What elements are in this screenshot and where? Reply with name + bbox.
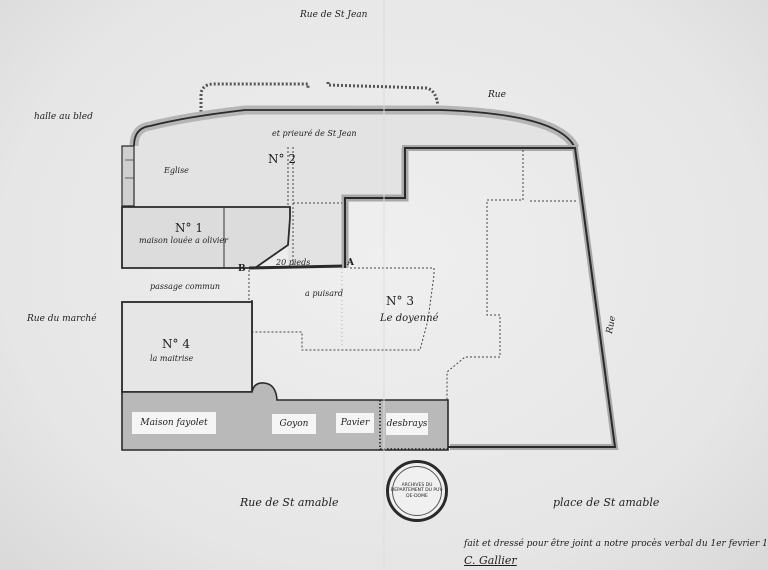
puisard-label: a puisard bbox=[305, 290, 343, 298]
arcade-outline-right bbox=[328, 82, 438, 108]
parcel-number-3: N° 3 bbox=[386, 295, 414, 307]
street-label-top-right: Rue bbox=[488, 91, 506, 100]
parcel-3-desc: Le doyenné bbox=[380, 314, 439, 324]
passage-label: passage commun bbox=[150, 283, 220, 291]
distance-label: 20 pieds bbox=[276, 259, 310, 267]
house-card-goyon: Goyon bbox=[272, 414, 316, 434]
parcel-1-desc: maison louée a olivier bbox=[139, 237, 228, 245]
street-label-marche: Rue du marché bbox=[27, 315, 97, 324]
archive-stamp: ARCHIVES DU DEPARTEMENT DU PUY-DE-DOME bbox=[386, 460, 448, 522]
street-label-halle: halle au bled bbox=[34, 113, 93, 122]
signature: C. Gallier bbox=[464, 555, 517, 566]
street-label-bottom: Rue de St amable bbox=[240, 497, 339, 508]
place-label-bottom-right: place de St amable bbox=[553, 497, 659, 508]
street-label-top: Rue de St Jean bbox=[300, 11, 367, 20]
parcel-number-1: N° 1 bbox=[175, 222, 203, 234]
priory-title: et prieuré de St Jean bbox=[272, 130, 356, 138]
floor-plan-drawing bbox=[0, 0, 768, 570]
stamp-inner-ring bbox=[392, 466, 442, 516]
point-b-marker: B bbox=[238, 265, 246, 274]
church-label: Eglise bbox=[164, 167, 189, 175]
scanned-plan-sheet: Rue de St Jean Rue halle au bled Rue du … bbox=[0, 0, 768, 570]
point-a-marker: A bbox=[347, 259, 354, 268]
parcel-number-4: N° 4 bbox=[162, 338, 190, 350]
parcel-number-2: N° 2 bbox=[268, 153, 296, 165]
house-card-fayolet: Maison fayolet bbox=[132, 412, 216, 434]
house-card-desbrays: desbrays bbox=[386, 413, 428, 435]
parcel-4-desc: la maitrise bbox=[150, 355, 193, 363]
footer-note: fait et dressé pour être joint a notre p… bbox=[464, 540, 768, 549]
house-card-pavier: Pavier bbox=[336, 413, 374, 433]
